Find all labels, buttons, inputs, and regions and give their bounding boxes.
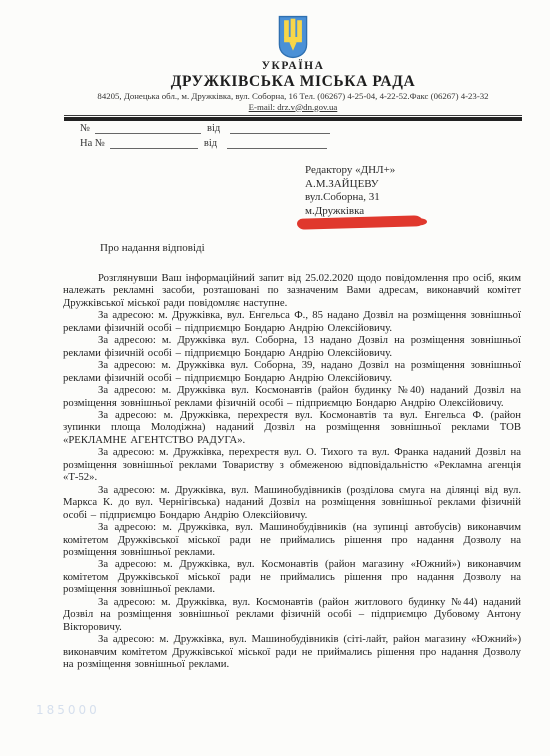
ref-on-date-blank	[227, 137, 327, 149]
ref-on-number-blank	[110, 137, 198, 149]
ref-on-number-label: На №	[80, 138, 110, 149]
body-paragraph: Розглянувши Ваш інформаційний запит від …	[63, 272, 521, 309]
body-paragraph: За адресою: м. Дружківка, вул. Енгельса …	[63, 309, 521, 334]
ref-number-blank	[95, 122, 201, 134]
ref-date-blank	[230, 122, 330, 134]
ref-on-from-label: від	[204, 138, 222, 149]
body-paragraph: За адресою: м. Дружківка, вул. Машинобуд…	[63, 484, 521, 521]
letter-body: Розглянувши Ваш інформаційний запит від …	[63, 272, 521, 671]
body-paragraph: За адресою: м. Дружківка, вул. Космонавт…	[63, 596, 521, 633]
body-paragraph: За адресою: м. Дружківка, вул. Космонавт…	[63, 558, 521, 595]
addressee-line: Редактору «ДНЛ+»	[305, 164, 395, 178]
body-paragraph: За адресою: м. Дружківка вул. Соборна, 1…	[63, 334, 521, 359]
body-paragraph: За адресою: м. Дружківка, перехрестя вул…	[63, 409, 521, 446]
ref-from-label: від	[207, 123, 225, 134]
body-paragraph: За адресою: м. Дружківка вул. Космонавті…	[63, 384, 521, 409]
org-address-line: 84205, Донецька обл., м. Дружківка, вул.…	[64, 91, 522, 102]
ref-number-label: №	[80, 123, 95, 134]
ukraine-tryzub-icon	[277, 15, 309, 59]
red-redaction-mark	[297, 215, 423, 230]
reference-block: № від На № від	[80, 120, 340, 150]
body-paragraph: За адресою: м. Дружківка, вул. Машинобуд…	[63, 633, 521, 670]
country-title: УКРАЇНА	[64, 60, 522, 73]
scanned-letter-page: УКРАЇНА ДРУЖКІВСЬКА МІСЬКА РАДА 84205, Д…	[0, 0, 550, 756]
subject-line: Про надання відповіді	[100, 242, 205, 254]
body-paragraph: За адресою: м. Дружківка вул. Соборна, 3…	[63, 359, 521, 384]
org-email: E-mail: drz.v@dn.gov.ua	[64, 102, 522, 112]
body-paragraph: За адресою: м. Дружківка, вул. Машинобуд…	[63, 521, 521, 558]
organization-title: ДРУЖКІВСЬКА МІСЬКА РАДА	[64, 73, 522, 91]
addressee-block: Редактору «ДНЛ+» А.М.ЗАЙЦЕВУ вул.Соборна…	[305, 164, 395, 218]
letterhead: УКРАЇНА ДРУЖКІВСЬКА МІСЬКА РАДА 84205, Д…	[64, 15, 522, 121]
addressee-line: вул.Соборна, 31	[305, 191, 395, 205]
incoming-ref-row: На № від	[80, 135, 340, 149]
outgoing-ref-row: № від	[80, 120, 340, 134]
faint-scan-stamp: 185000	[36, 703, 100, 717]
body-paragraph: За адресою: м. Дружківка, перехрестя вул…	[63, 446, 521, 483]
addressee-line: А.М.ЗАЙЦЕВУ	[305, 178, 395, 192]
